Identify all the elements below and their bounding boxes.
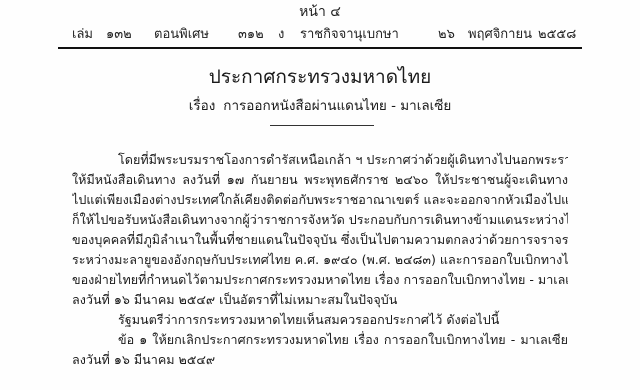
body-line: ระหว่างมะลายูของอังกฤษกับประเทศไทย ค.ศ. … (72, 250, 568, 270)
body-line: ก็ให้ไปขอรับหนังสือเดินทางจากผู้ว่าราชกา… (72, 210, 568, 230)
body-line: โดยที่มีพระบรมราชโองการดำรัสเหนือเกล้า ฯ… (72, 150, 568, 170)
body-line: ของบุคคลที่มีภูมิลำเนาในพื้นที่ชายแดนในป… (72, 230, 568, 250)
date-year: ๒๕๕๘ (538, 26, 576, 44)
document-body: โดยที่มีพระบรมราชโองการดำรัสเหนือเกล้า ฯ… (72, 150, 568, 370)
page-number: หน้า ๔ (0, 3, 640, 21)
document-subject: เรื่องการออกหนังสือผ่านแดนไทย - มาเลเซีย (0, 96, 640, 116)
body-line: ลงวันที่ ๑๖ มีนาคม ๒๕๔๙ (72, 350, 568, 370)
body-line: ของฝ่ายไทยที่กำหนดไว้ตามประกาศกระทรวงมหา… (72, 270, 568, 290)
volume-number: ๑๓๒ (106, 26, 132, 44)
body-line: ให้มีหนังสือเดินทาง ลงวันที่ ๑๗ กันยายน … (72, 170, 568, 190)
volume-label: เล่ม (72, 26, 93, 44)
document-title: ประกาศกระทรวงมหาดไทย (0, 64, 640, 90)
date-month: พฤศจิกายน (468, 26, 532, 44)
body-line: ไปแต่เพียงเมืองต่างประเทศใกล้เคียงติดต่อ… (72, 190, 568, 210)
body-line: ลงวันที่ ๑๖ มีนาคม ๒๕๔๙ เป็นอัตราที่ไม่เ… (72, 290, 568, 310)
clause-1: ข้อ ๑ ให้ยกเลิกประกาศกระทรวงมหาดไทย เรื่… (72, 330, 568, 350)
section-number: ๓๑๒ (238, 26, 264, 44)
body-line: รัฐมนตรีว่าการกระทรวงมหาดไทยเห็นสมควรออก… (72, 310, 568, 330)
header-divider (58, 47, 582, 49)
section-label: ตอนพิเศษ (154, 26, 209, 44)
title-underline (270, 125, 374, 126)
publication-name: ราชกิจจานุเบกษา (300, 26, 399, 44)
gazette-page: หน้า ๔ เล่ม ๑๓๒ ตอนพิเศษ ๓๑๒ ง ราชกิจจาน… (0, 0, 640, 390)
gazette-header: เล่ม ๑๓๒ ตอนพิเศษ ๓๑๒ ง ราชกิจจานุเบกษา … (72, 26, 580, 44)
date-day: ๒๖ (438, 26, 455, 44)
section-suffix: ง (278, 26, 284, 44)
subject-label: เรื่อง (189, 98, 216, 114)
subject-text: การออกหนังสือผ่านแดนไทย - มาเลเซีย (223, 98, 451, 114)
